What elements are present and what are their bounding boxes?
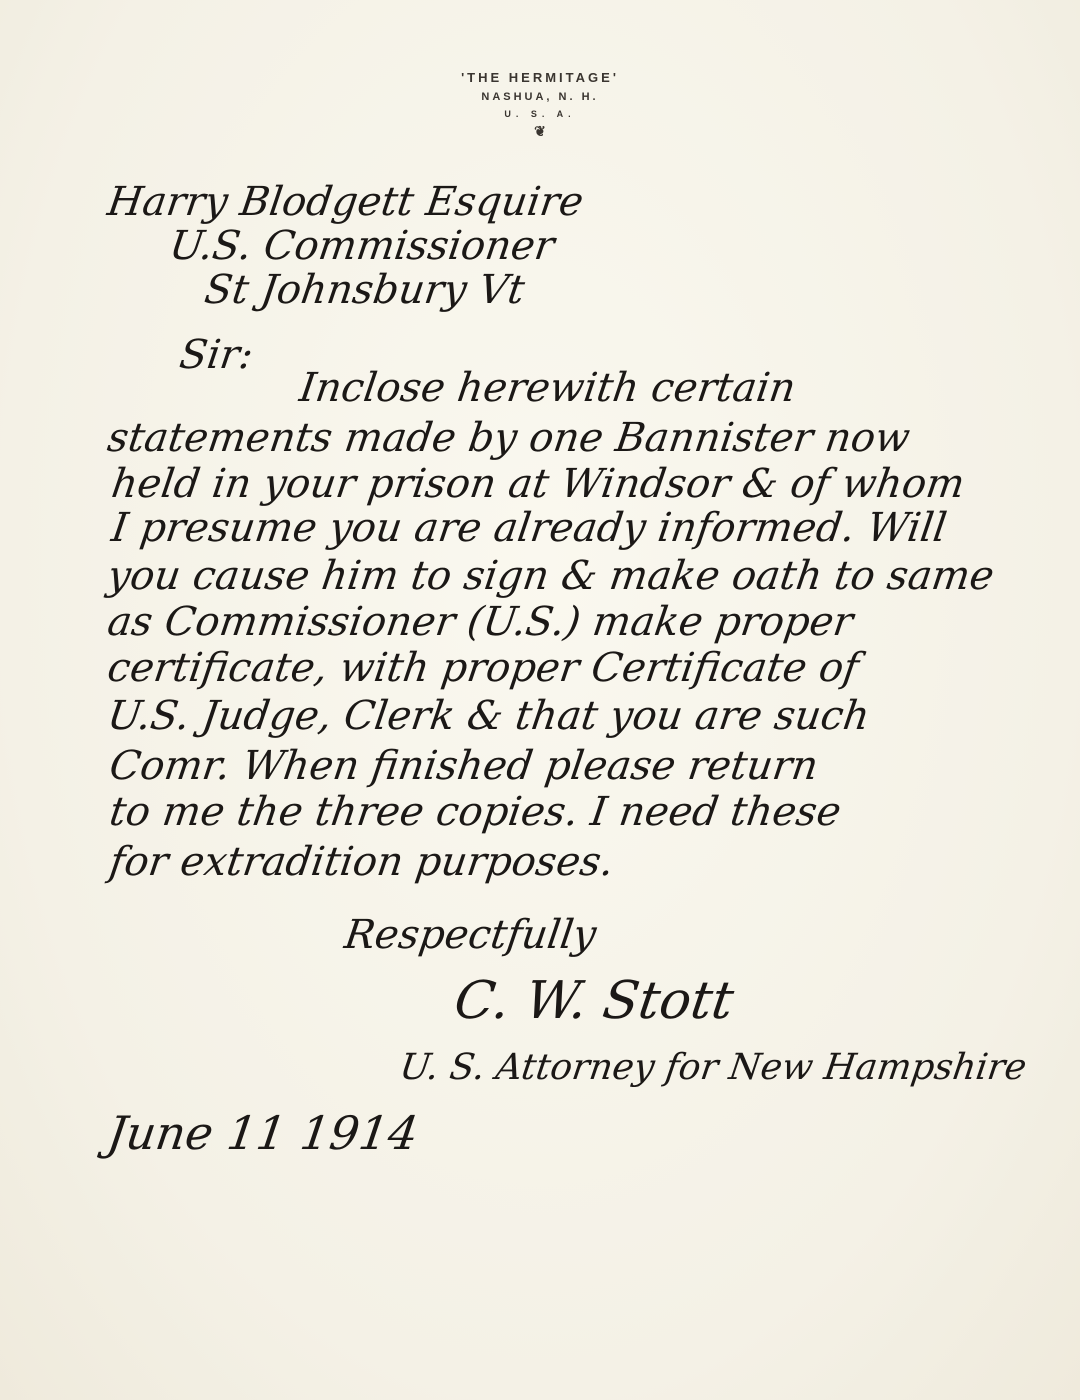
body-line: U.S. Judge, Clerk & that you are such [105,696,872,736]
body-line: statements made by one Bannister now [105,418,912,458]
letterhead-city: NASHUA, N. H. [0,91,1080,103]
body-line: as Commissioner (U.S.) make proper [105,602,855,642]
body-line: I presume you are already informed. Will [109,508,949,548]
body-line: for extradition purposes. [107,842,616,882]
letterhead: 'THE HERMITAGE' NASHUA, N. H. U. S. A. ❦ [0,70,1080,140]
body-line: you cause him to sign & make oath to sam… [105,556,996,596]
floral-emblem-icon: ❦ [0,123,1080,140]
address-line-3: St Johnsbury Vt [202,270,527,310]
address-line-2: U.S. Commissioner [167,226,557,266]
body-line: Inclose herewith certain [297,368,798,408]
signer-title: U. S. Attorney for New Hampshire [397,1050,1028,1086]
letter-page: 'THE HERMITAGE' NASHUA, N. H. U. S. A. ❦… [0,0,1080,1400]
signature: C. W. Stott [451,975,736,1027]
body-line: to me the three copies. I need these [107,792,843,832]
letterhead-title: 'THE HERMITAGE' [0,70,1080,85]
body-line: certificate, with proper Certificate of [105,648,861,688]
salutation: Sir: [177,335,255,375]
address-line-1: Harry Blodgett Esquire [105,182,586,222]
body-line: held in your prison at Windsor & of whom [109,464,967,504]
body-line: Comr. When finished please return [107,746,820,786]
letterhead-country: U. S. A. [0,109,1080,119]
letter-date: June 11 1914 [105,1110,421,1156]
closing: Respectfully [342,915,598,955]
